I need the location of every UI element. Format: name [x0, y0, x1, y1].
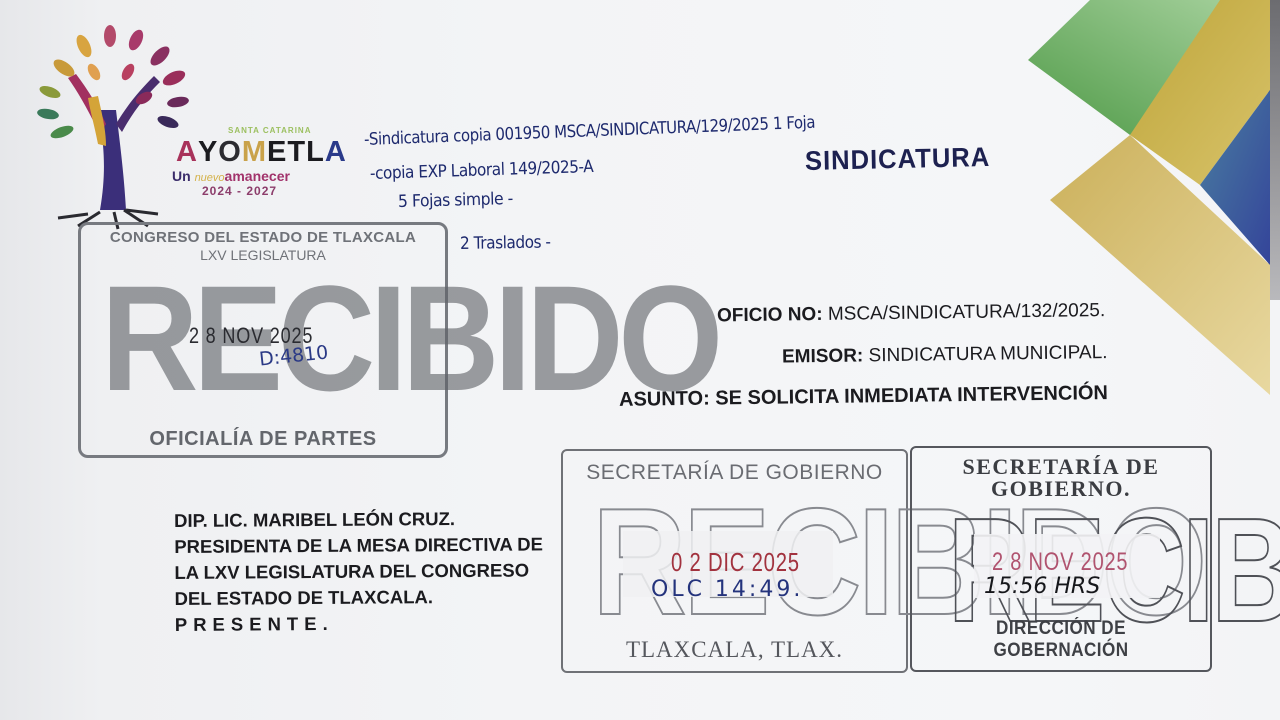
addressee-block: DIP. LIC. MARIBEL LEÓN CRUZ. PRESIDENTA …	[174, 505, 544, 638]
oficio-number-value: MSCA/SINDICATURA/132/2025.	[828, 300, 1106, 325]
received-stamp-congreso: CONGRESO DEL ESTADO DE TLAXCALA LXV LEGI…	[78, 222, 448, 458]
oficio-emisor-label: EMISOR:	[782, 345, 864, 367]
stamp-footer: OFICIALÍA DE PARTES	[81, 428, 445, 451]
brand-years: 2024 - 2027	[202, 184, 277, 198]
handwritten-note: 5 Fojas simple -	[398, 189, 513, 212]
addressee-line: LA LXV LEGISLATURA DEL CONGRESO	[174, 557, 543, 586]
brand-name: AYOMETLA	[176, 136, 347, 169]
received-stamp-secretaria: SECRETARÍA DE GOBIERNO RECIBIDO 0 2 DIC …	[561, 449, 908, 673]
stamp-footer: DIRECCIÓN DE GOBERNACIÓN	[927, 618, 1195, 662]
handwritten-note: 2 Traslados -	[460, 232, 551, 254]
corner-decoration	[1020, 0, 1270, 400]
slogan-start: Un	[172, 168, 191, 184]
addressee-closing: PRESENTE.	[175, 609, 544, 638]
brand-letter: L	[306, 136, 325, 169]
oficio-number-label: OFICIO NO:	[717, 304, 823, 326]
handwritten-note: -copia EXP Laboral 149/2025-A	[370, 157, 594, 184]
stamp-date: 2 8 NOV 2025	[992, 548, 1128, 577]
stamp-date: 0 2 DIC 2025	[671, 547, 800, 578]
received-stamp-gobernacion: SECRETARÍA DE GOBIERNO. RECIBIDO 2 8 NOV…	[910, 446, 1212, 672]
addressee-line: DIP. LIC. MARIBEL LEÓN CRUZ.	[174, 505, 543, 534]
brand-letter: Y	[198, 136, 218, 169]
tree-logo-icon	[28, 14, 368, 234]
slogan-end: amanecer	[225, 168, 290, 184]
addressee-line: DEL ESTADO DE TLAXCALA.	[175, 583, 544, 612]
brand-letter: A	[325, 136, 347, 169]
stamp-handwritten: 15:56 HRS	[984, 574, 1100, 599]
brand-letter: A	[176, 136, 198, 169]
addressee-line: PRESIDENTA DE LA MESA DIRECTIVA DE	[174, 531, 543, 560]
stamp-handwritten: OLC 14:49.	[651, 577, 803, 602]
brand-subtitle: SANTA CATARINA	[228, 126, 311, 135]
brand-letter: T	[287, 136, 306, 169]
brand-slogan: Un nuevoamanecer	[172, 168, 290, 184]
brand-letter: E	[267, 136, 287, 169]
department-heading: SINDICATURA	[805, 142, 991, 177]
oficio-asunto-value: SE SOLICITA INMEDIATA INTERVENCIÓN	[715, 382, 1108, 409]
oficio-emisor-value: SINDICATURA MUNICIPAL.	[869, 342, 1108, 366]
oficio-emisor: EMISOR: SINDICATURA MUNICIPAL.	[782, 342, 1108, 369]
slogan-mid: nuevo	[195, 172, 225, 184]
handwritten-note: -Sindicatura copia 001950 MSCA/SINDICATU…	[364, 113, 816, 150]
brand-letter: O	[218, 136, 242, 169]
stamp-footer: TLAXCALA, TLAX.	[563, 637, 906, 663]
brand-letter: M	[242, 136, 267, 169]
stamp-header: CONGRESO DEL ESTADO DE TLAXCALA	[81, 229, 445, 246]
